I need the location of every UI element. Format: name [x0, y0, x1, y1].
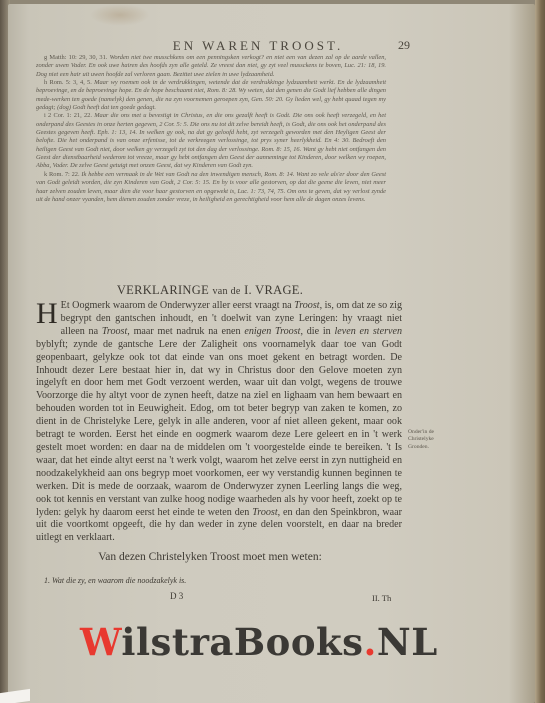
- emphasis: Troost: [294, 300, 319, 311]
- body-text-run: , maar met nadruk na enen: [127, 326, 244, 337]
- margin-note-line: Gronden.: [408, 444, 458, 451]
- footnote: i 2 Cor. 1: 21, 22. Maar die ons met u b…: [36, 112, 386, 170]
- section-title-prefix: VERKLARINGE: [117, 283, 209, 297]
- running-head: EN WAREN TROOST.: [108, 38, 408, 54]
- signature-mark: D 3: [170, 591, 183, 601]
- watermark-first-letter: W: [80, 620, 121, 664]
- footnote-text: Ik hebbe een vermaak in de Wet van Godt …: [36, 171, 386, 203]
- emphasis: Troost: [252, 507, 277, 518]
- watermark-suffix: NL: [377, 620, 438, 664]
- question-item: 1. Wat die zy, en waarom die noodzakelyk…: [44, 576, 344, 585]
- footnote-ref: i 2 Cor. 1: 21, 22.: [44, 112, 92, 119]
- emphasis: leven en sterven: [335, 326, 403, 337]
- margin-note-line: Onder'in de: [408, 429, 458, 436]
- section-title: VERKLARINGE van de I. VRAGE.: [60, 283, 360, 298]
- footnote-text: Maar die ons met u bevestigt in Christus…: [36, 112, 386, 169]
- footnote: g Matth: 10: 29, 30, 31. Worden niet twe…: [36, 54, 386, 79]
- section-title-middle: van de: [212, 286, 240, 297]
- catchword: II. Th: [372, 593, 391, 603]
- footnote-ref: h Rom. 5: 3, 4, 5.: [44, 79, 92, 86]
- watermark-dot: .: [364, 620, 377, 664]
- footnote-ref: g Matth: 10: 29, 30, 31.: [44, 54, 107, 61]
- subheading: Van dezen Christelyken Troost moet men w…: [60, 551, 360, 563]
- body-text-run: byblyft; zynde de gantsche Lere der Zali…: [36, 339, 402, 518]
- emphasis: Troost: [102, 326, 127, 337]
- body-text-run: Et Oogmerk waarom de Onderwyzer aller ee…: [61, 300, 294, 311]
- section-title-suffix: I. VRAGE.: [244, 283, 303, 297]
- watermark-name: ilstraBooks: [121, 620, 363, 664]
- page-number: 29: [370, 38, 410, 53]
- page-edge: [535, 0, 545, 703]
- footnote: h Rom. 5: 3, 4, 5. Maar wy roemen ook in…: [36, 79, 386, 112]
- paper-stain: [90, 4, 150, 26]
- body-paragraph: HEt Oogmerk waarom de Onderwyzer aller e…: [36, 300, 402, 545]
- margin-note: Onder'in de Christelyke Gronden.: [408, 429, 458, 451]
- body-text-run: , die in: [300, 326, 334, 337]
- drop-cap: H: [36, 302, 58, 326]
- watermark-logo: WilstraBooks.NL: [80, 620, 460, 664]
- emphasis: enigen Troost: [244, 326, 300, 337]
- margin-note-line: Christelyke: [408, 436, 458, 443]
- footnote: k Rom. 7: 22. Ik hebbe een vermaak in de…: [36, 171, 386, 204]
- footnote-ref: k Rom. 7: 22.: [44, 171, 80, 178]
- footnotes: g Matth: 10: 29, 30, 31. Worden niet twe…: [36, 54, 386, 204]
